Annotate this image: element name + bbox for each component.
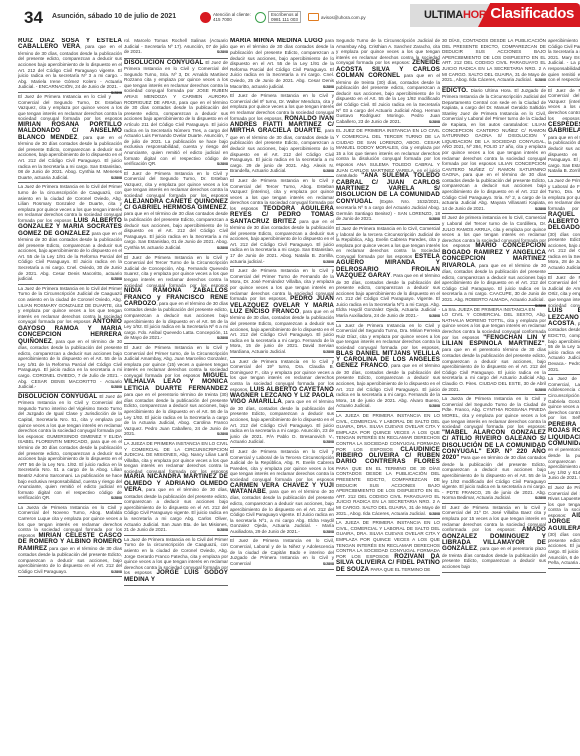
notice-parties: DISOLUCION CONYUGAL xyxy=(124,59,203,66)
whatsapp-icon xyxy=(255,12,266,23)
legal-notice: El Juez de Primera Instancia en lo Civil… xyxy=(124,170,228,254)
notice-code: S/2808 xyxy=(429,404,440,410)
notice-text: Diario Ultima Hora. El Juzgado de Primer… xyxy=(442,88,546,211)
legal-notice: EL JUEZ DE PRIMERA INSTANCIA EN LO CIVIL… xyxy=(336,127,440,225)
notice-text: El Juez de Primera Instancia en lo Civil… xyxy=(548,88,580,121)
notice-code: S/2808 xyxy=(217,336,228,342)
notice-code: S/2808 xyxy=(429,512,440,518)
notice-text: para que en el término de 30 días contad… xyxy=(548,135,580,174)
legal-notice: La Juez de Primera Instancia en lo Civil… xyxy=(18,183,122,285)
notice-code: S/2808 xyxy=(217,528,228,534)
notice-text: , para que en el término de 30 días, con… xyxy=(442,263,546,302)
notice-text: El Juez de Primera Instancia en lo Civil… xyxy=(124,171,228,198)
notice-text: 30 DÍAS, CONTADOS DESDE LA PUBLICACIÓN D… xyxy=(442,38,546,82)
notice-code: S/2808 xyxy=(535,496,546,502)
notice-code: S/2808 xyxy=(535,304,546,310)
notice-code: S/2808 xyxy=(429,120,440,126)
notice-text: para que en el término de 30 días contad… xyxy=(230,38,334,89)
notice-text: El Juez de Primera Instancia en lo Civil… xyxy=(230,449,334,482)
legal-notice: El Juez de Primera Instancia en lo Civil… xyxy=(230,92,334,177)
notice-text: La Juez de Primera Instancia en lo Civil… xyxy=(336,323,440,350)
notice-code: S/2808 xyxy=(323,530,334,536)
notice-code: S/2808 xyxy=(111,570,122,576)
notice-text: El Juez de Primera Instancia en lo Civil… xyxy=(18,94,122,121)
legal-notice: La Juez de Primera Instancia en lo Civil… xyxy=(548,177,580,274)
notice-code: S/2808 xyxy=(111,277,122,283)
legal-notice: La Juez de Primera Instancia en lo Civil… xyxy=(18,285,122,393)
notice-text: para que en el término de treinta (30) d… xyxy=(336,73,440,124)
notice-text: , para que en el término de 30 días, con… xyxy=(336,363,440,408)
legal-notice: El Juez de Primera Instancia en lo Civil… xyxy=(230,537,334,570)
column-4: Segundo Turno de la Circunscripción Judi… xyxy=(336,38,440,750)
legal-notice: El Juez de Primera Instancia en lo Civil… xyxy=(124,254,228,344)
legal-notice: El Juez de Primera Instancia en lo Civil… xyxy=(230,267,334,357)
legal-notice: El Juez de Primera Instancia en lo Civil… xyxy=(124,344,228,440)
notice-code: S/2808 xyxy=(429,217,440,223)
legal-notice: El Juez de Primera Instancia en lo Civil… xyxy=(548,87,580,177)
legal-notice: El Juez de Primera Instancia en lo Civil… xyxy=(18,93,122,183)
notice-code: S/2808 xyxy=(323,562,334,568)
notice-code: S/2808 xyxy=(111,385,122,391)
notice-parties: ALEJANDRA CAÑETE QUIÑONEZ C/ GABRIEL HER… xyxy=(124,198,228,211)
legal-notice: DISOLUCION CONYUGAL El Juez de Primera I… xyxy=(18,393,122,504)
classifieds-columns: RUIZ DIAZ SOSA Y ESTELA CABALLERO VERA, … xyxy=(18,38,578,750)
notice-text: , para que en el perentorio término de 3… xyxy=(442,341,546,392)
phone-icon xyxy=(200,12,211,23)
notice-text: rol. Marcelo Tomas Rochell Salinas (Actu… xyxy=(124,38,228,54)
notice-code: S/2808 xyxy=(323,169,334,175)
legal-notice: rol. Marcelo Tomas Rochell Salinas (Actu… xyxy=(124,38,228,59)
notice-text: , para que en el término de 30 días cont… xyxy=(548,321,580,372)
notice-code: S/2808 xyxy=(323,440,334,446)
legal-notice: La Jueza de Primera Instancia en lo Civi… xyxy=(442,395,546,504)
notice-text: , para que en el término de 30 días, con… xyxy=(18,44,122,89)
legal-notice: El Juez de Primera Instancia en lo Civil… xyxy=(442,504,546,573)
legal-notice: LA JUEZA DE PRIMERA INSTANCIA EN LO CIVI… xyxy=(124,440,228,536)
notice-parties: EDICTO. xyxy=(442,87,468,94)
brand-text-black: ULTIMA xyxy=(424,9,463,21)
notice-code: S/2808 xyxy=(535,78,546,84)
notice-code: S/2808 xyxy=(111,176,122,182)
notice-text: para que en el perentorio término de tre… xyxy=(124,392,228,436)
legal-notice: LA JUEZA DE PRIMERA INSTANCIA EN LO CIVI… xyxy=(336,412,440,519)
notice-code: S/2808 xyxy=(323,350,334,356)
notice-text: , para que en el término de 30 días, con… xyxy=(124,487,228,532)
section-title: Clasificados xyxy=(490,5,574,22)
notice-text: EL JUEZ DE PRIMERA INSTANCIA EN LO CIVIL… xyxy=(336,128,440,178)
mail-icon xyxy=(308,13,319,21)
legal-notice: El Juez de Primera Instancia en lo Civil… xyxy=(336,225,440,322)
notice-text: La Jueza de Primera Instancia en lo Civi… xyxy=(442,396,546,429)
notice-text: para que en el término de treinta (30) d… xyxy=(548,526,580,565)
legal-notice: El Juez de primera instancia en lo Civil… xyxy=(442,214,546,305)
notice-text: LA JUEZA DE PRIMERA INSTANCIA EN LO CIVI… xyxy=(124,441,228,474)
notice-text: , para que en el término de 30 días cont… xyxy=(124,301,228,340)
legal-notice: LA JUEZA DE PRIMERA INSTANCIA EN LO CIVI… xyxy=(336,519,440,576)
notice-code: S/2808 xyxy=(217,246,228,252)
legal-notice: La Juez de Primera Instancia en lo Civil… xyxy=(548,375,580,484)
notice-text: PARA QUE EL TERMINO DE xyxy=(369,567,430,572)
notice-parties: MARIA MIRNA MEDINA LUGO xyxy=(230,38,323,44)
whatsapp-contact: Escríbenos al0981 111 003 xyxy=(255,8,301,26)
notice-text: , para que en el término de 30 días cont… xyxy=(18,135,122,180)
column-6: apercibimiento de lo dispuesto en el Art… xyxy=(548,38,580,750)
legal-notice: MARIA MIRNA MEDINA LUGO para que en el t… xyxy=(230,38,334,92)
notice-text: La Juez de Primera Instancia en lo Civil… xyxy=(548,178,580,211)
notice-text: El Juez de Primera Instancia en lo Civil… xyxy=(124,255,228,288)
legal-notice: apercibimiento de lo dispuesto en el Art… xyxy=(548,38,580,87)
email-contact: avisos@uhora.com.py xyxy=(308,8,366,26)
notice-text: , para que en el término de 30 días, con… xyxy=(230,128,334,173)
legal-notice: DISOLUCION CONYUGAL El Juez de Primera I… xyxy=(124,59,228,170)
notice-text: , para que en el término de treinta (30)… xyxy=(548,225,580,270)
notice-text: , para que en el término de 30 días, con… xyxy=(230,489,334,534)
contact-value: 415 7000 xyxy=(213,17,232,22)
legal-notice: El Juez de Primera Instancia en lo Civil… xyxy=(230,177,334,267)
notice-text: , para que en el término de 30 días cont… xyxy=(124,205,228,250)
legal-notice: La Juez de Primera Instancia en lo Civil… xyxy=(336,322,440,412)
column-3: MARIA MIRNA MEDINA LUGO para que en el t… xyxy=(230,38,334,750)
legal-notice: La Sra. JUEZA DE PRIMERA INSTANCIA EN LO… xyxy=(442,306,546,396)
customer-service-contact: Atención al cliente:415 7000 xyxy=(200,8,251,26)
page-header: 34 Asunción, sábado 10 de julio de 2021 … xyxy=(0,0,580,40)
notice-text: El Juez de Primera Instancia en lo Civil… xyxy=(18,394,122,501)
notice-text: El Juez de Primera Instancia en lo Civil… xyxy=(124,60,228,167)
legal-notice: RUIZ DIAZ SOSA Y ESTELA CABALLERO VERA, … xyxy=(18,38,122,93)
notice-code: S/2808 xyxy=(217,50,228,56)
notice-text: El Juez de Primera Instancia en lo Civil… xyxy=(230,538,334,565)
column-2: rol. Marcelo Tomas Rochell Salinas (Actu… xyxy=(124,38,228,750)
contact-value: avisos@uhora.com.py xyxy=(321,15,366,20)
notice-code: S/2808 xyxy=(323,85,334,91)
legal-notice: La Juez de Primera Instancia en lo Civil… xyxy=(230,358,334,448)
legal-notice: Segundo Turno de la Circunscripción Judi… xyxy=(336,38,440,127)
notice-code: S/2808 xyxy=(111,91,122,97)
notice-text: PARA QUE EN EL TERMINO DE 30 DÍAS CONTAD… xyxy=(336,466,440,516)
notice-text: La Juez de Primera Instancia en lo Civil… xyxy=(548,376,580,420)
notice-text: para que en el término de 30 días contad… xyxy=(18,231,122,282)
section-tab: Clasificados xyxy=(478,3,580,27)
contact-value: 0981 111 003 xyxy=(271,17,298,22)
notice-code: S/2808 xyxy=(535,388,546,394)
page-number: 34 xyxy=(24,8,43,28)
notice-code: S/2808 xyxy=(535,207,546,213)
legal-notice: 30 DÍAS, CONTADOS DESDE LA PUBLICACIÓN D… xyxy=(442,38,546,87)
notice-text: , para que en el perentorio término de t… xyxy=(548,441,580,480)
notice-text: , para que en el término de 30 días, con… xyxy=(230,399,334,444)
notice-text: para que en el término de 30 días contad… xyxy=(230,219,334,264)
column-5: 30 DÍAS, CONTADOS DESDE LA PUBLICACIÓN D… xyxy=(442,38,546,750)
legal-notice: La Jueza de Primera Instancia en lo Civi… xyxy=(18,504,122,578)
page-date: Asunción, sábado 10 de julio de 2021 xyxy=(52,13,176,20)
column-1: RUIZ DIAZ SOSA Y ESTELA CABALLERO VERA, … xyxy=(18,38,122,750)
notice-text: apercibimiento de lo dispuesto en el Art… xyxy=(548,38,580,82)
notice-text: , para que en el término de 30 días, con… xyxy=(230,309,334,354)
notice-text: El Juez de Primera Instancia en lo Civil… xyxy=(548,275,580,308)
notice-text: , para que en el término de 30 días, con… xyxy=(18,339,122,390)
notice-text: Para que en término de 30 días contados … xyxy=(442,455,546,500)
notice-parties: DISOLUCION CONYUGAL xyxy=(18,393,97,400)
legal-notice: La Juez de Primera Instancia en lo Civil… xyxy=(124,536,228,586)
notice-text: . Para que en el término de 30 días, con… xyxy=(336,273,440,318)
notice-code: S/2808 xyxy=(111,496,122,502)
notice-code: S/2808 xyxy=(323,260,334,266)
legal-notice: El Juez de Primera Instancia en lo Civil… xyxy=(548,274,580,376)
notice-code: S/2808 xyxy=(429,314,440,320)
legal-notice: El Juez de Primera Instancia en lo Civil… xyxy=(230,448,334,538)
legal-notice: EDICTO. Diario Ultima Hora. El Juzgado d… xyxy=(442,87,546,215)
notice-code: S/2808 xyxy=(217,432,228,438)
notice-code: S/2808 xyxy=(217,162,228,168)
legal-notice: El Juez de Primera Instancia en lo Civil… xyxy=(548,484,580,569)
